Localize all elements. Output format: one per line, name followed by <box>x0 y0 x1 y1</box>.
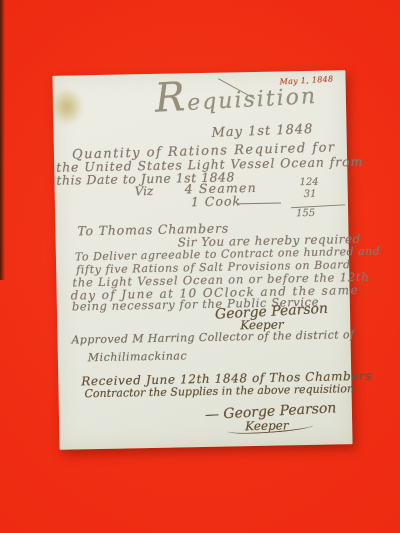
approval-line: Approved M Harring Collector of the dist… <box>71 329 354 345</box>
paper-stain <box>50 87 85 126</box>
approval-line: Michilimackinac <box>88 350 187 363</box>
rations-viz-label: Viz <box>135 185 154 197</box>
date-line: May 1st 1848 <box>211 123 313 140</box>
document-title: Requisition <box>154 78 317 117</box>
keeper-underline-flourish <box>227 421 313 436</box>
receipt-line: Contractor the Supplies in the above req… <box>84 383 354 399</box>
ration-value: 124 <box>299 178 318 188</box>
ration-item: 1 Cook <box>191 195 241 208</box>
document-paper: May 1, 1848 Requisition May 1st 1848 Qua… <box>52 70 352 450</box>
photo-background: May 1, 1848 Requisition May 1st 1848 Qua… <box>0 0 400 533</box>
ration-value: 31 <box>304 190 317 200</box>
rations-total: 155 <box>296 209 315 219</box>
cook-dash-stroke <box>237 202 281 204</box>
photo-edge-shadow <box>0 0 5 280</box>
